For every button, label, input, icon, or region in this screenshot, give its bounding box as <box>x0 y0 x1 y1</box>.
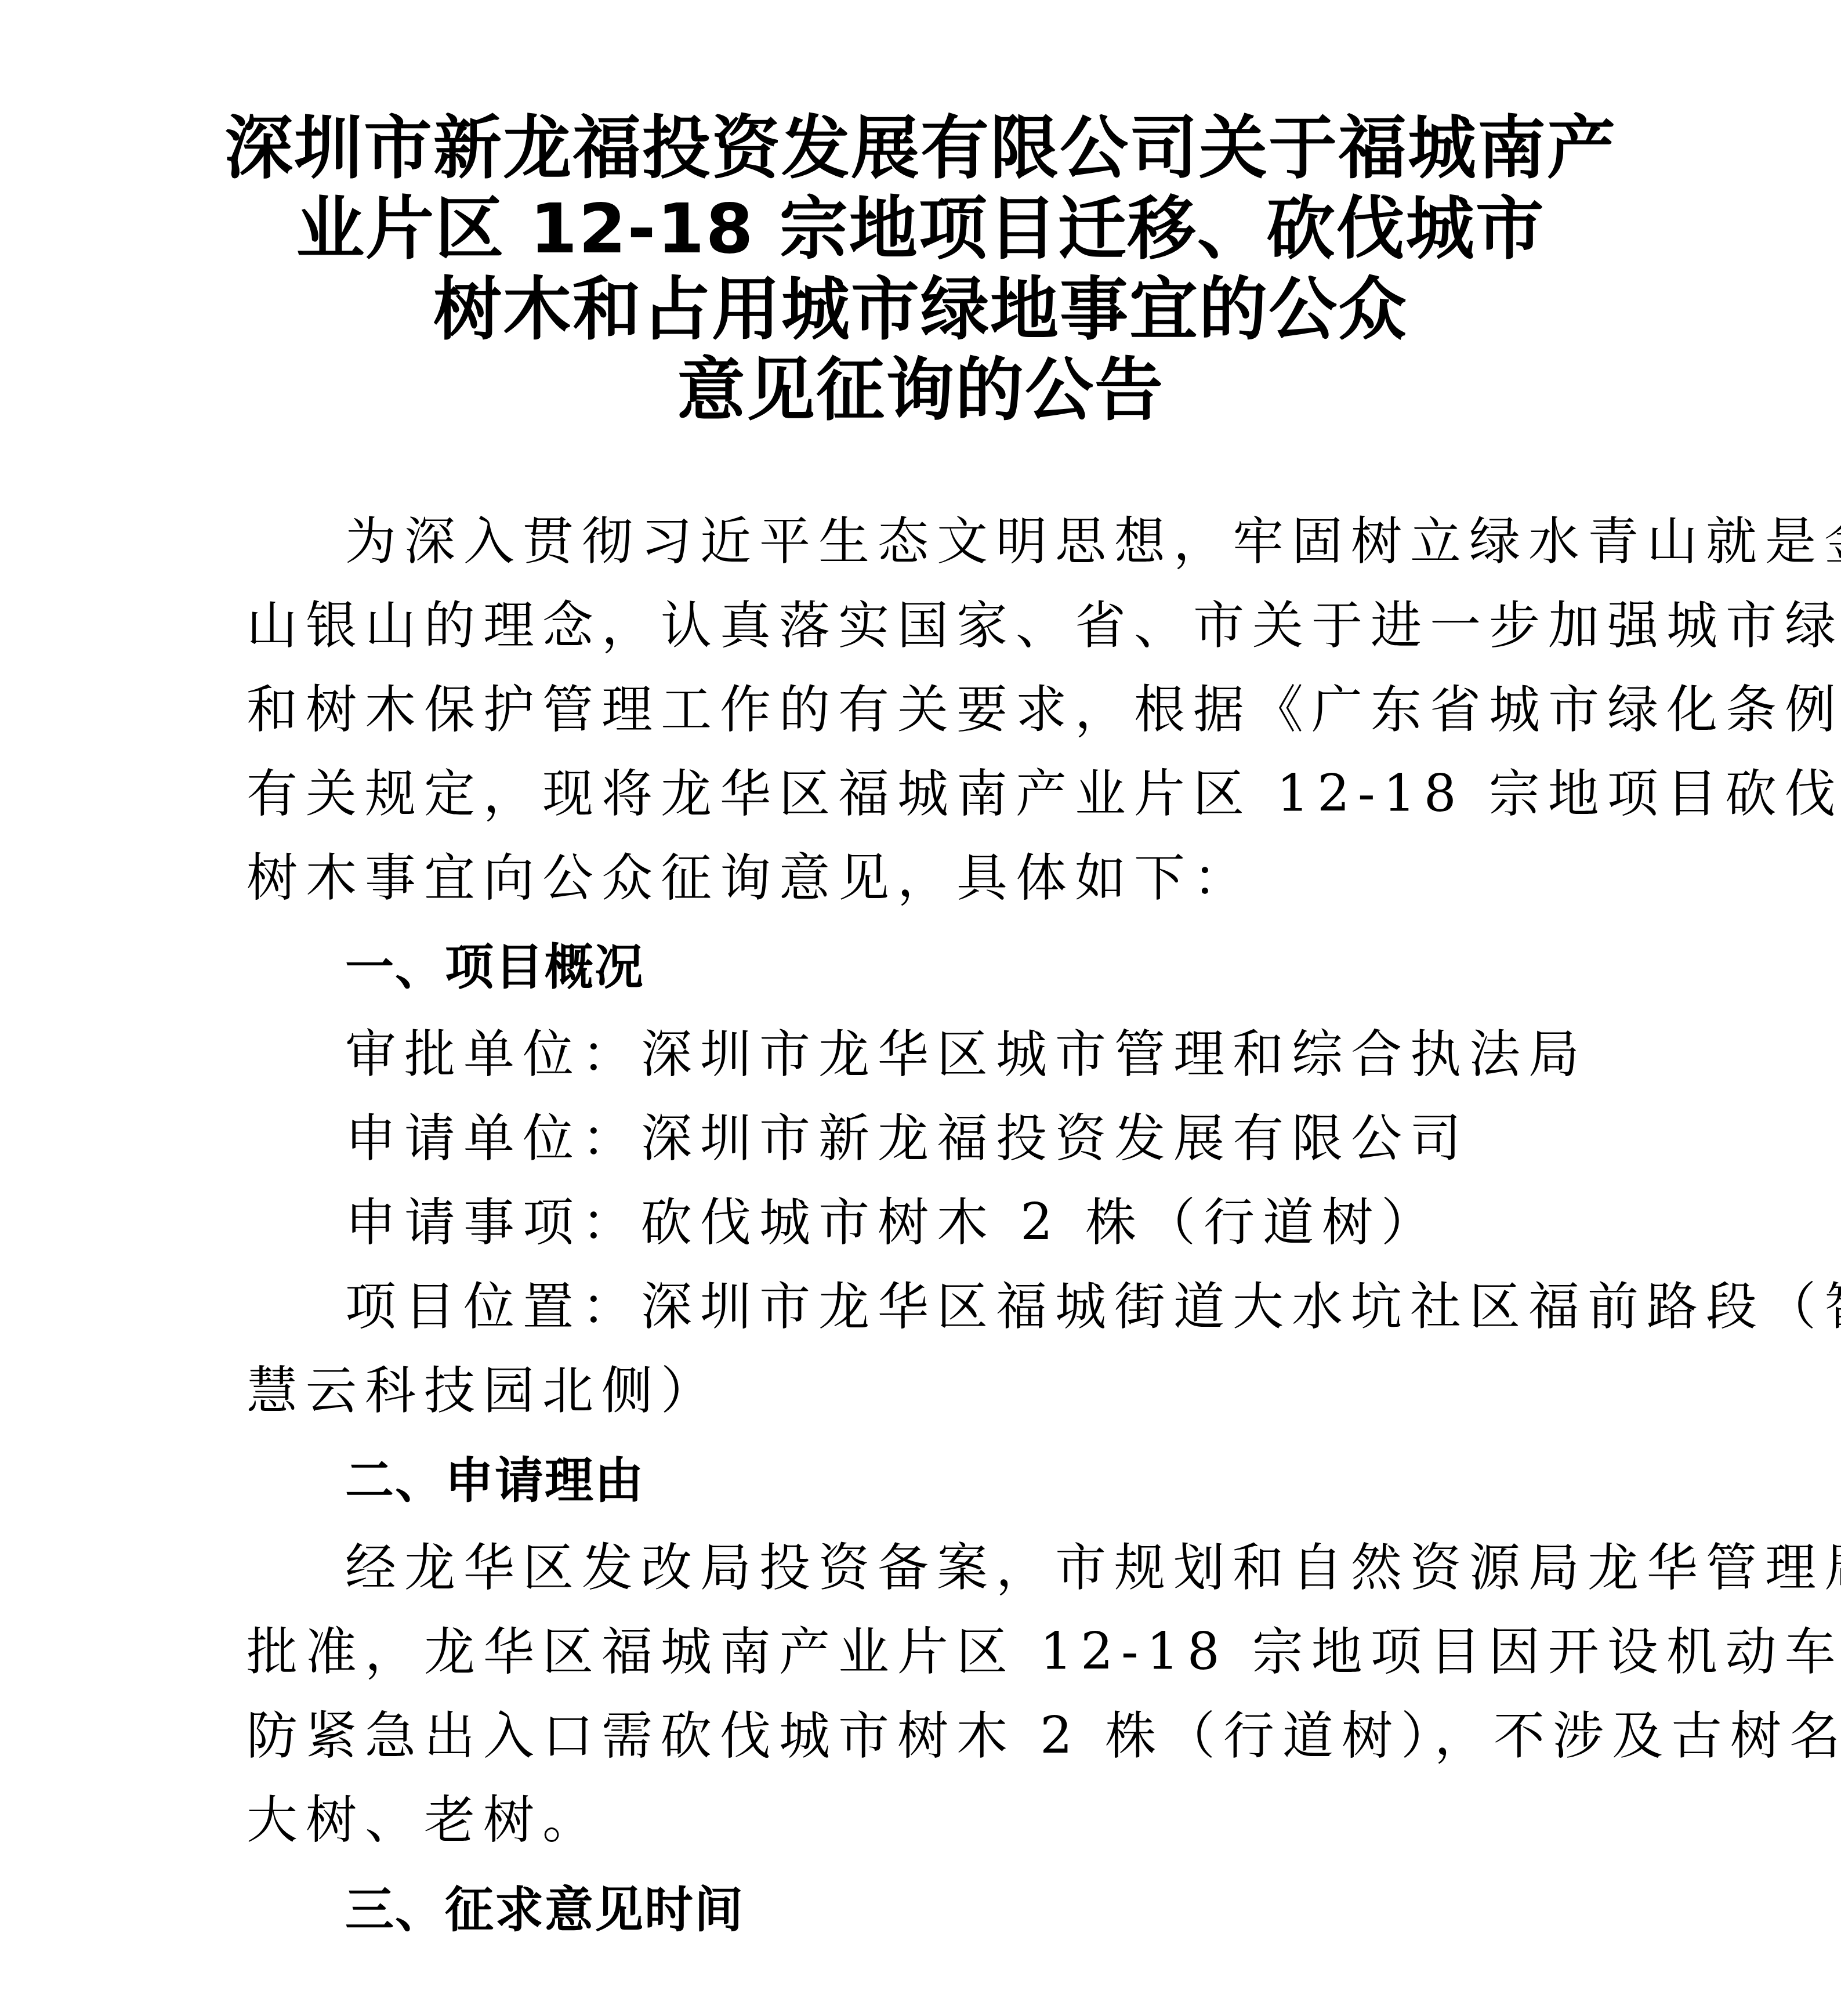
applicant-unit-line: 申请单位：深圳市新龙福投资发展有限公司 <box>345 1106 1697 1170</box>
document-title-line-4: 意见征询的公告 <box>0 349 1841 430</box>
document-title-line-1: 深圳市新龙福投资发展有限公司关于福城南产 <box>0 107 1841 189</box>
reason-paragraph-line-2: 批准，龙华区福城南产业片区 12-18 宗地项目因开设机动车兼消 <box>247 1620 1598 1684</box>
section-heading-project-overview: 一、项目概况 <box>345 935 644 999</box>
intro-paragraph-line-3: 和树木保护管理工作的有关要求，根据《广东省城市绿化条例》 <box>247 678 1598 741</box>
reason-paragraph-line-1: 经龙华区发改局投资备案，市规划和自然资源局龙华管理局 <box>345 1536 1697 1599</box>
document-page: 深圳市新龙福投资发展有限公司关于福城南产 业片区 12-18 宗地项目迁移、砍伐… <box>0 0 1841 2016</box>
document-title-line-2: 业片区 12-18 宗地项目迁移、砍伐城市 <box>0 188 1841 269</box>
intro-paragraph-line-5: 树木事宜向公众征询意见，具体如下： <box>247 846 1598 910</box>
reason-paragraph-line-3: 防紧急出入口需砍伐城市树木 2 株（行道树），不涉及古树名木、 <box>247 1704 1598 1768</box>
document-title-line-3: 树木和占用城市绿地事宜的公众 <box>0 269 1841 350</box>
section-heading-consultation-period: 三、征求意见时间 <box>345 1878 744 1942</box>
application-item-line: 申请事项：砍伐城市树木 2 株（行道树） <box>345 1190 1697 1254</box>
intro-paragraph-line-1: 为深入贯彻习近平生态文明思想，牢固树立绿水青山就是金 <box>345 509 1697 573</box>
approval-unit-line: 审批单位：深圳市龙华区城市管理和综合执法局 <box>345 1022 1697 1086</box>
intro-paragraph-line-2: 山银山的理念，认真落实国家、省、市关于进一步加强城市绿地 <box>247 593 1598 657</box>
project-location-line-2: 慧云科技园北侧） <box>247 1359 1598 1423</box>
reason-paragraph-line-4: 大树、老树。 <box>247 1788 1598 1852</box>
section-heading-application-reason: 二、申请理由 <box>345 1449 644 1512</box>
intro-paragraph-line-4: 有关规定，现将龙华区福城南产业片区 12-18 宗地项目砍伐城市 <box>247 762 1598 826</box>
project-location-line-1: 项目位置：深圳市龙华区福城街道大水坑社区福前路段（智 <box>345 1275 1697 1338</box>
